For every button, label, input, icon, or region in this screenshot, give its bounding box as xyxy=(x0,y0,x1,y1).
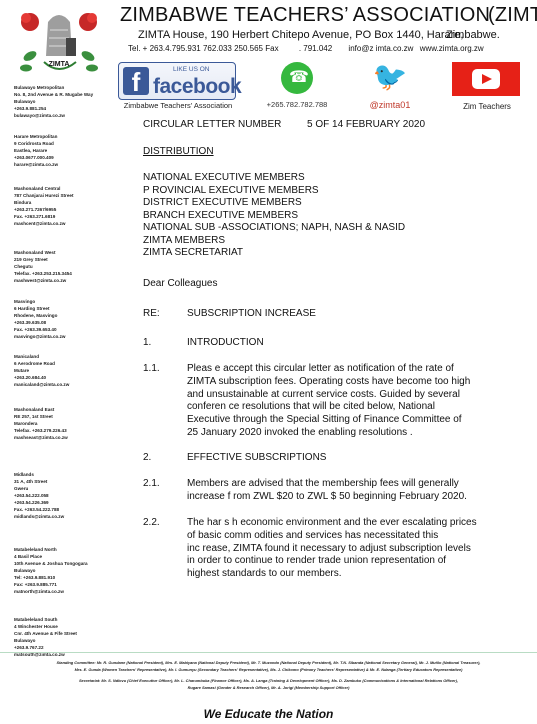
office-line: 6 Aerodrome Road xyxy=(14,360,104,367)
office-line: Mutare xyxy=(14,367,104,374)
office-block: Masvingo6 Harding StreetRhodene, Masving… xyxy=(14,298,104,340)
office-line: Bulawayo xyxy=(14,567,104,574)
office-line: 4 Basil Place xyxy=(14,553,104,560)
secretariat-line: Secretariat: Mr. S. Ndlovu (Chief Execut… xyxy=(10,678,527,685)
facebook-caption: Zimbabwe Teachers' Association xyxy=(118,101,238,110)
committee-line: Standing Committee: Mr. R. Gundane (Nati… xyxy=(10,660,527,667)
re-label: RE: xyxy=(143,308,160,319)
paragraph-line: highest standards to our members. xyxy=(187,568,337,581)
office-block: Mashonaland West219 Grey StreetChegutuTe… xyxy=(14,249,104,284)
office-name: Mashonaland East xyxy=(14,406,104,413)
org-address: ZIMTA House, 190 Herbert Chitepo Avenue,… xyxy=(138,29,464,41)
office-line: +263.271.7267/6955 xyxy=(14,206,104,213)
office-line: Marondera xyxy=(14,420,104,427)
office-line: Bulawayo xyxy=(14,98,104,105)
office-line: Fax. +263.54.222.788 xyxy=(14,506,104,513)
office-line: Gweru xyxy=(14,485,104,492)
logo-text: ZIMTA xyxy=(49,61,70,68)
office-line: 9 Coridrosta Road xyxy=(14,140,104,147)
office-line: Bindura xyxy=(14,199,104,206)
office-name: Midlands xyxy=(14,471,104,478)
office-line: +263.54.226.369 xyxy=(14,499,104,506)
office-block: Mashonaland Central787 Chanjarai Hurezi … xyxy=(14,185,104,227)
email-link[interactable]: info@z imta.co.zw xyxy=(348,44,413,53)
paragraph-line: Members are advised that the membership … xyxy=(187,478,337,491)
paragraph: Pleas e accept this circular letter as n… xyxy=(187,363,337,440)
office-name: Mashonaland West xyxy=(14,249,104,256)
footer-divider xyxy=(0,652,537,653)
office-line: Tel: +263.9.881.910 xyxy=(14,574,104,581)
office-line: Bulawayo xyxy=(14,637,104,644)
secretariat: Secretariat: Mr. S. Ndlovu (Chief Execut… xyxy=(10,678,527,691)
office-line: +263.9.881.254 xyxy=(14,105,104,112)
office-line: Chegutu xyxy=(14,263,104,270)
facebook-like-text: LIKE US ON xyxy=(173,66,209,73)
circular-label: CIRCULAR LETTER NUMBER xyxy=(143,119,281,130)
office-name: Masvingo xyxy=(14,298,104,305)
office-line: 31 A, 4th Street xyxy=(14,478,104,485)
office-line: No. 8, 2nd Avenue & R. Mugabe Way xyxy=(14,91,104,98)
youtube-caption: Zim Teachers xyxy=(452,102,522,111)
facebook-badge[interactable]: f LIKE US ON facebook Zimbabwe Teachers'… xyxy=(118,62,238,110)
office-line: matnorth@zimta.co.zw xyxy=(14,588,104,595)
distribution-item: DISTRICT EXECUTIVE MEMBERS xyxy=(143,197,405,210)
org-title: ZIMBABWE TEACHERS’ ASSOCIATION (ZIMTA) xyxy=(120,4,490,27)
office-line: mashseast@zimta.co.zw xyxy=(14,434,104,441)
distribution-item: BRANCH EXECUTIVE MEMBERS xyxy=(143,210,405,223)
committee-line: Mrs. E. Gunda (Women Teachers' Represent… xyxy=(10,667,527,674)
paragraph-number: 2.2. xyxy=(143,517,160,528)
paragraph-line: Executive through the Special Sitting of… xyxy=(187,414,337,427)
office-line: +263.0677.000.409 xyxy=(14,154,104,161)
facebook-icon: f LIKE US ON facebook xyxy=(118,62,236,100)
paragraph-line: Pleas e accept this circular letter as n… xyxy=(187,363,337,376)
office-name: Bulawayo Metropolitan xyxy=(14,84,104,91)
office-block: Bulawayo MetropolitanNo. 8, 2nd Avenue &… xyxy=(14,84,104,119)
paragraph-line: conferen ce resolutions that will be cit… xyxy=(187,401,337,414)
office-line: Telefax. +263.279.226.43 xyxy=(14,427,104,434)
office-name: Matabeleland North xyxy=(14,546,104,553)
paragraph: The har s h economic environment and the… xyxy=(187,517,337,581)
distribution-item: P ROVINCIAL EXECUTIVE MEMBERS xyxy=(143,185,405,198)
distribution-item: NATIONAL EXECUTIVE MEMBERS xyxy=(143,172,405,185)
country-text: Zimbabwe. xyxy=(446,29,500,41)
office-name: Matabeleland South xyxy=(14,616,104,623)
section-number: 1. xyxy=(143,337,151,348)
paragraph-line: inc rease, ZIMTA found it necessary to a… xyxy=(187,543,337,556)
tel-text: Tel. + 263.4.795.931 762.033 250.565 Fax xyxy=(128,44,279,53)
paragraph-line: ZIMTA subscription fees. Operating costs… xyxy=(187,376,337,389)
office-name: Manicaland xyxy=(14,353,104,360)
paragraph-line: in order to continue to render trade uni… xyxy=(187,555,337,568)
office-line: bulawayo@zimta.co.zw xyxy=(14,112,104,119)
section-number: 2. xyxy=(143,452,151,463)
paragraph-line: and unsustainable at current service cos… xyxy=(187,389,337,402)
circular-number: 5 OF 14 FEBRUARY 2020 xyxy=(307,119,425,130)
office-name: Harare Metropolitan xyxy=(14,133,104,140)
office-line: 10th Avenue & Joshua Tongogara xyxy=(14,560,104,567)
paragraph-line: increase f rom ZWL $20 to ZWL $ 50 begin… xyxy=(187,491,337,504)
office-line: 219 Grey Street xyxy=(14,256,104,263)
re-subject: SUBSCRIPTION INCREASE xyxy=(187,308,316,319)
office-block: Midlands31 A, 4th StreetGweru+263.54.222… xyxy=(14,471,104,520)
office-line: mashcent@zimta.co.zw xyxy=(14,220,104,227)
whatsapp-caption: +265.782.782.788 xyxy=(262,100,332,109)
office-block: Harare Metropolitan9 Coridrosta RoadEast… xyxy=(14,133,104,168)
paragraph-number: 1.1. xyxy=(143,363,160,374)
twitter-badge[interactable]: 🐦 @zimta01 xyxy=(360,62,420,110)
paragraph-line: The har s h economic environment and the… xyxy=(187,517,337,530)
website-link[interactable]: www.zimta.org.zw xyxy=(420,44,484,53)
office-line: Fax: +263.9.885.771 xyxy=(14,581,104,588)
distribution-item: NATIONAL SUB -ASSOCIATIONS; NAPH, NASH &… xyxy=(143,222,405,235)
youtube-icon xyxy=(452,62,520,96)
office-line: Cnr. 4th Avenue & Fife Street xyxy=(14,630,104,637)
greeting: Dear Colleagues xyxy=(143,278,218,289)
office-line: Rhodene, Masvingo xyxy=(14,312,104,319)
distribution-heading: DISTRIBUTION xyxy=(143,146,214,157)
office-name: Mashonaland Central xyxy=(14,185,104,192)
slogan: We Educate the Nation xyxy=(0,707,537,721)
office-line: Eastlea, Harare xyxy=(14,147,104,154)
fax-text: . 791.042 xyxy=(299,44,332,53)
whatsapp-icon xyxy=(281,62,313,94)
zimta-logo: ZIMTA xyxy=(14,4,104,78)
distribution-item: ZIMTA MEMBERS xyxy=(143,235,405,248)
office-block: Mashonaland EastRE 257, 1st StreetMarond… xyxy=(14,406,104,441)
org-name: ZIMBABWE TEACHERS’ ASSOCIATION xyxy=(120,4,490,26)
paragraph-line: of basic comm odities and services has n… xyxy=(187,530,337,543)
office-line: 4 Winchester House xyxy=(14,623,104,630)
paragraph: Members are advised that the membership … xyxy=(187,478,337,504)
office-line: midlands@zimta.co.zw xyxy=(14,513,104,520)
youtube-badge[interactable]: Zim Teachers xyxy=(452,62,522,111)
office-line: RE 257, 1st Street xyxy=(14,413,104,420)
section-title: EFFECTIVE SUBSCRIPTIONS xyxy=(187,452,326,463)
office-line: mashwest@zimta.co.zw xyxy=(14,277,104,284)
section-title: INTRODUCTION xyxy=(187,337,264,348)
paragraph-number: 2.1. xyxy=(143,478,160,489)
address-text: ZIMTA House, 190 Herbert Chitepo Avenue,… xyxy=(138,29,464,41)
office-block: Manicaland6 Aerodrome RoadMutare+263.20.… xyxy=(14,353,104,388)
office-line: +263.54.222.058 xyxy=(14,492,104,499)
office-line: +263.20.684.40 xyxy=(14,374,104,381)
office-line: Fax. +263.39.653.40 xyxy=(14,326,104,333)
office-line: +263.9.767.22 xyxy=(14,644,104,651)
facebook-wordmark: facebook xyxy=(153,75,241,99)
office-line: masvingo@zimta.co.zw xyxy=(14,333,104,340)
office-line: 787 Chanjarai Hurezi Street xyxy=(14,192,104,199)
paragraph-line: 25 January 2020 invoked the enabling res… xyxy=(187,427,337,440)
office-line: +263.39.635.08 xyxy=(14,319,104,326)
twitter-caption: @zimta01 xyxy=(360,100,420,110)
org-abbr: (ZIMTA) xyxy=(488,4,537,27)
distribution-item: ZIMTA SECRETARIAT xyxy=(143,247,405,260)
distribution-list: NATIONAL EXECUTIVE MEMBERS P ROVINCIAL E… xyxy=(143,172,405,260)
office-block: Matabeleland North4 Basil Place10th Aven… xyxy=(14,546,104,595)
office-line: manicaland@zimta.co.zw xyxy=(14,381,104,388)
office-line: 6 Harding Street xyxy=(14,305,104,312)
contact-line: Tel. + 263.4.795.931 762.033 250.565 Fax… xyxy=(128,44,484,53)
whatsapp-badge[interactable]: +265.782.782.788 xyxy=(262,62,332,109)
standing-committee: Standing Committee: Mr. R. Gundane (Nati… xyxy=(10,660,527,673)
twitter-bird-icon: 🐦 xyxy=(372,62,408,92)
secretariat-line: Rugare Samasi (Gender & Research Officer… xyxy=(10,685,527,692)
circular-number-line: CIRCULAR LETTER NUMBER 5 OF 14 FEBRUARY … xyxy=(143,119,281,130)
office-line: Fax. +263.271.6819 xyxy=(14,213,104,220)
office-line: harare@zimta.co.zw xyxy=(14,161,104,168)
office-line: Telefax. +263.253.215.3454 xyxy=(14,270,104,277)
